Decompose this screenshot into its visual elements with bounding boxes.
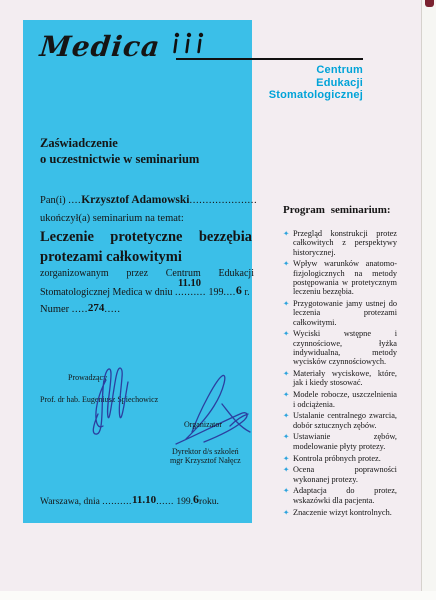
topic-line1: Leczenie protetyczne bezzębia bbox=[40, 227, 252, 247]
right-signer-title: Dyrektor d/s szkoleń bbox=[172, 447, 239, 456]
scan-corner-artifact bbox=[425, 0, 434, 7]
number-label: Numer bbox=[40, 304, 69, 315]
program-list-item: ✦ Ocena poprawności wykonanej protezy. bbox=[283, 465, 397, 484]
left-signature-ink bbox=[82, 360, 142, 443]
program-list-item: ✦ Znaczenie wizyt kontrolnych. bbox=[283, 508, 397, 517]
date-filled-value: 11.10 bbox=[178, 276, 201, 293]
program-list-item: ✦ Modele robocze, uszczelnienia i odciąż… bbox=[283, 390, 397, 409]
date-fill-field: ..........11.10 bbox=[175, 285, 206, 302]
program-item-text: Ocena poprawności wykonanej protezy. bbox=[293, 465, 397, 483]
diamond-bullet-icon: ✦ bbox=[283, 432, 289, 441]
year-prefix: 199 bbox=[208, 287, 223, 298]
right-signer-role: Organizator bbox=[184, 420, 222, 429]
program-item-text: Adaptacja do protez, wskazówki dla pacje… bbox=[293, 486, 397, 504]
program-list-item: ✦ Materiały wyciskowe, które, jak i kied… bbox=[283, 369, 397, 388]
program-heading: Program seminarium: bbox=[283, 204, 397, 216]
diamond-bullet-icon: ✦ bbox=[283, 486, 289, 495]
diamond-bullet-icon: ✦ bbox=[283, 508, 289, 517]
topic-line2: protezami całkowitymi bbox=[40, 247, 252, 267]
diamond-bullet-icon: ✦ bbox=[283, 390, 289, 399]
three-figures-icon bbox=[170, 30, 208, 59]
dotted-rule: .... bbox=[68, 195, 81, 206]
recipient-name: Krzysztof Adamowski bbox=[81, 194, 189, 206]
org-line-3: Stomatologicznej bbox=[233, 89, 363, 102]
program-list-item: ✦ Adaptacja do protez, wskazówki dla pac… bbox=[283, 486, 397, 505]
diamond-bullet-icon: ✦ bbox=[283, 465, 289, 474]
footer-date-line: Warszawa, dnia ..........11.10...... 199… bbox=[40, 493, 219, 508]
organizer-paragraph: zorganizowanym przez Centrum Edukacji St… bbox=[40, 266, 254, 301]
dotted-rule: ..................... bbox=[190, 195, 258, 206]
program-list-item: ✦ Ustawianie zębów, modelowanie płyty pr… bbox=[283, 432, 397, 451]
program-item-text: Ustawianie zębów, modelowanie płyty prot… bbox=[293, 432, 397, 450]
program-item-text: Kontrola próbnych protez. bbox=[293, 454, 381, 463]
footer-date-value: 11.10 bbox=[132, 494, 156, 506]
seminar-topic: Leczenie protetyczne bezzębia protezami … bbox=[40, 227, 252, 267]
program-item-text: Przegląd konstrukcji protez całkowitych … bbox=[293, 229, 397, 257]
dotted-rule: ...... bbox=[156, 497, 174, 507]
organization-name: Centrum Edukacji Stomatologicznej bbox=[233, 64, 363, 102]
program-list-item: ✦ Ustalanie centralnego zwarcia, dobór s… bbox=[283, 411, 397, 430]
recipient-label: Pan(i) bbox=[40, 195, 66, 206]
diamond-bullet-icon: ✦ bbox=[283, 454, 289, 463]
year-filled-value: 6 bbox=[236, 283, 242, 297]
diamond-bullet-icon: ✦ bbox=[283, 411, 289, 420]
scanned-certificate-page: Medica Centrum Edukacji Stomatologicznej… bbox=[0, 0, 436, 600]
right-signer-name: mgr Krzysztof Nałęcz bbox=[170, 456, 241, 465]
organizer-line1: zorganizowanym przez Centrum Edukacji bbox=[40, 266, 254, 283]
program-item-text: Wyciski wstępne i czynnościowe, łyżka in… bbox=[293, 329, 397, 366]
program-list-item: ✦ Przegląd konstrukcji protez całkowityc… bbox=[283, 229, 397, 257]
footer-suffix: roku. bbox=[199, 497, 219, 507]
completion-line: ukończył(a) seminarium na temat: bbox=[40, 213, 184, 224]
program-item-text: Ustalanie centralnego zwarcia, dobór szt… bbox=[293, 411, 397, 429]
program-list-item: ✦ Wpływ warunków anatomo-fizjologicznych… bbox=[283, 259, 397, 296]
dotted-rule: .......... bbox=[102, 497, 132, 507]
program-item-text: Wpływ warunków anatomo-fizjologicznych n… bbox=[293, 259, 397, 296]
dotted-rule: .... bbox=[223, 287, 235, 298]
diamond-bullet-icon: ✦ bbox=[283, 259, 289, 268]
medica-logo-text: Medica bbox=[38, 32, 161, 62]
diamond-bullet-icon: ✦ bbox=[283, 329, 289, 338]
organizer-line2: Stomatologicznej Medica w dniu .........… bbox=[40, 283, 254, 302]
program-item-text: Znaczenie wizyt kontrolnych. bbox=[293, 508, 392, 517]
diamond-bullet-icon: ✦ bbox=[283, 299, 289, 308]
footer-year-value: 6 bbox=[193, 492, 199, 506]
org-line-1: Centrum bbox=[233, 64, 363, 77]
dotted-rule: ..... bbox=[104, 304, 120, 315]
certificate-number-line: Numer .....274..... bbox=[40, 303, 121, 315]
program-list-item: ✦ Przygotowanie jamy ustnej do leczenia … bbox=[283, 299, 397, 327]
header-rule bbox=[176, 58, 363, 60]
paper-scan-edge bbox=[421, 0, 436, 591]
org-line-2: Edukacji bbox=[233, 77, 363, 90]
dotted-rule: ..... bbox=[72, 304, 88, 315]
certificate-title-line1: Zaświadczenie bbox=[40, 136, 199, 152]
diamond-bullet-icon: ✦ bbox=[283, 229, 289, 238]
recipient-line: Pan(i) ....Krzysztof Adamowski..........… bbox=[40, 194, 254, 206]
program-list-item: ✦ Kontrola próbnych protez. bbox=[283, 454, 397, 463]
year-suffix: r. bbox=[244, 287, 249, 298]
organizer-line2-text: Stomatologicznej Medica w dniu bbox=[40, 287, 172, 298]
program-list-item: ✦ Wyciski wstępne i czynnościowe, łyżka … bbox=[283, 329, 397, 366]
certificate-title-line2: o uczestnictwie w seminarium bbox=[40, 152, 199, 168]
certificate-title: Zaświadczenie o uczestnictwie w seminari… bbox=[40, 136, 199, 167]
footer-city-label: Warszawa, dnia bbox=[40, 497, 100, 507]
certificate-number-value: 274 bbox=[88, 302, 105, 314]
footer-year-prefix: 199. bbox=[176, 497, 193, 507]
program-item-text: Przygotowanie jamy ustnej do leczenia pr… bbox=[293, 299, 397, 327]
diamond-bullet-icon: ✦ bbox=[283, 369, 289, 378]
program-list: ✦ Przegląd konstrukcji protez całkowityc… bbox=[283, 229, 397, 519]
program-item-text: Modele robocze, uszczelnienia i odciążen… bbox=[293, 390, 397, 408]
program-item-text: Materiały wyciskowe, które, jak i kiedy … bbox=[293, 369, 397, 387]
